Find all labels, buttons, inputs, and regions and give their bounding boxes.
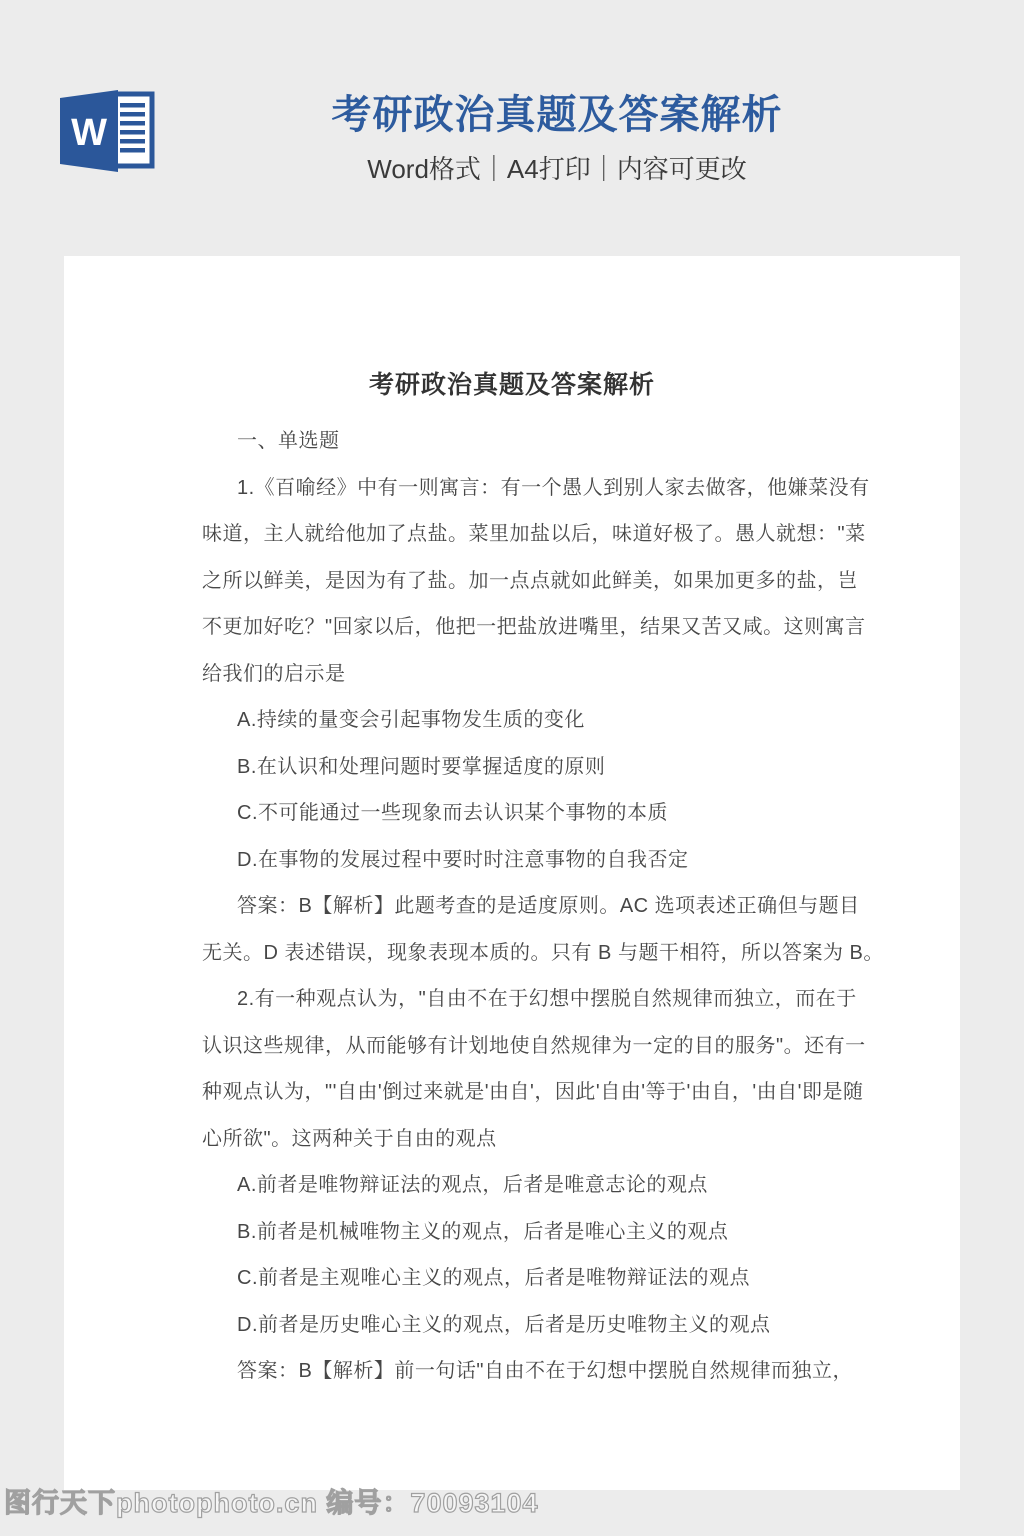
doc-line-q1: 味道，主人就给他加了点盐。菜里加盐以后，味道好极了。愚人就想："菜	[202, 511, 826, 558]
doc-line-q1: 之所以鲜美，是因为有了盐。加一点点就如此鲜美，如果加更多的盐，岂	[202, 558, 826, 605]
word-icon-letter: W	[71, 112, 107, 154]
doc-line-q2-option-b: B.前者是机械唯物主义的观点，后者是唯心主义的观点	[202, 1209, 826, 1256]
doc-line-q2: 2.有一种观点认为，"自由不在于幻想中摆脱自然规律而独立，而在于	[202, 976, 826, 1023]
document-body: 一、单选题 1.《百喻经》中有一则寓言：有一个愚人到别人家去做客，他嫌菜没有 味…	[64, 418, 960, 1395]
doc-line-q2-option-a: A.前者是唯物辩证法的观点，后者是唯意志论的观点	[202, 1162, 826, 1209]
doc-line-q1-answer: 无关。D 表述错误，现象表现本质的。只有 B 与题干相符，所以答案为 B。	[202, 930, 826, 977]
doc-line-q2-option-d: D.前者是历史唯心主义的观点，后者是历史唯物主义的观点	[202, 1302, 826, 1349]
ms-word-icon: W	[60, 90, 156, 172]
doc-line-q2: 认识这些规律，从而能够有计划地使自然规律为一定的目的服务"。还有一	[202, 1023, 826, 1070]
doc-line-q1: 1.《百喻经》中有一则寓言：有一个愚人到别人家去做客，他嫌菜没有	[202, 465, 826, 512]
doc-line-q1: 不更加好吃？"回家以后，他把一把盐放进嘴里，结果又苦又咸。这则寓言	[202, 604, 826, 651]
doc-line-q2-option-c: C.前者是主观唯心主义的观点，后者是唯物辩证法的观点	[202, 1255, 826, 1302]
doc-line-q2-answer: 答案：B【解析】前一句话"自由不在于幻想中摆脱自然规律而独立，	[202, 1348, 826, 1395]
doc-line-q1-option-a: A.持续的量变会引起事物发生质的变化	[202, 697, 826, 744]
page-subtitle: Word格式｜A4打印｜内容可更改	[150, 154, 964, 184]
doc-line-q1-option-c: C.不可能通过一些现象而去认识某个事物的本质	[202, 790, 826, 837]
doc-line-q1-answer: 答案：B【解析】此题考查的是适度原则。AC 选项表述正确但与题目	[202, 883, 826, 930]
doc-line-q1-option-b: B.在认识和处理问题时要掌握适度的原则	[202, 744, 826, 791]
doc-line-q1-option-d: D.在事物的发展过程中要时时注意事物的自我否定	[202, 837, 826, 884]
doc-line-q2: 心所欲"。这两种关于自由的观点	[202, 1116, 826, 1163]
page-title: 考研政治真题及答案解析	[150, 92, 964, 138]
site-watermark: 图行天下photophoto.cn 编号：70093104	[4, 1486, 539, 1520]
doc-line-section-heading: 一、单选题	[202, 418, 826, 465]
doc-line-q2: 种观点认为，"'自由'倒过来就是'由自'，因此'自由'等于'由自，'由自'即是随	[202, 1069, 826, 1116]
header-text-block: 考研政治真题及答案解析 Word格式｜A4打印｜内容可更改	[150, 92, 964, 184]
doc-line-q1: 给我们的启示是	[202, 651, 826, 698]
document-title: 考研政治真题及答案解析	[64, 368, 960, 402]
site-header: W 考研政治真题及答案解析 Word格式｜A4打印｜内容可更改	[0, 0, 1024, 220]
document-preview-card: 考研政治真题及答案解析 一、单选题 1.《百喻经》中有一则寓言：有一个愚人到别人…	[64, 256, 960, 1490]
